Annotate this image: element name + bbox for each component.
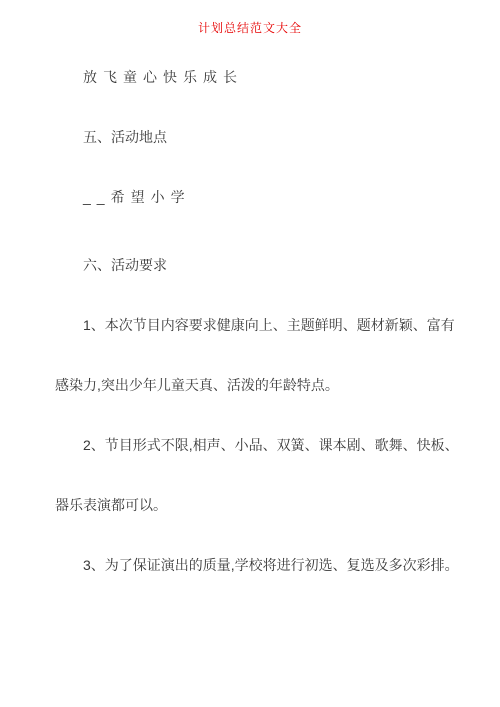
requirement-2-line-1: 2、节目形式不限,相声、小品、双簧、课本剧、歌舞、快板、: [55, 415, 446, 475]
requirement-1-line-1: 1、本次节目内容要求健康向上、主题鲜明、题材新颖、富有: [55, 295, 446, 355]
requirement-2-line-2: 器乐表演都可以。: [55, 475, 446, 535]
document-body: 放飞童心快乐成长 五、活动地点 __希望小学 六、活动要求 1、本次节目内容要求…: [0, 34, 500, 595]
activity-theme-line: 放飞童心快乐成长: [55, 47, 446, 107]
requirement-1-line-2: 感染力,突出少年儿童天真、活泼的年龄特点。: [55, 355, 446, 415]
section-heading-requirements: 六、活动要求: [55, 235, 446, 295]
document-page: 计划总结范文大全 放飞童心快乐成长 五、活动地点 __希望小学 六、活动要求 1…: [0, 0, 500, 707]
requirement-3-line-1: 3、为了保证演出的质量,学校将进行初选、复选及多次彩排。: [55, 535, 446, 595]
site-title: 计划总结范文大全: [0, 0, 500, 34]
section-heading-location: 五、活动地点: [55, 107, 446, 167]
location-value-line: __希望小学: [55, 167, 446, 227]
